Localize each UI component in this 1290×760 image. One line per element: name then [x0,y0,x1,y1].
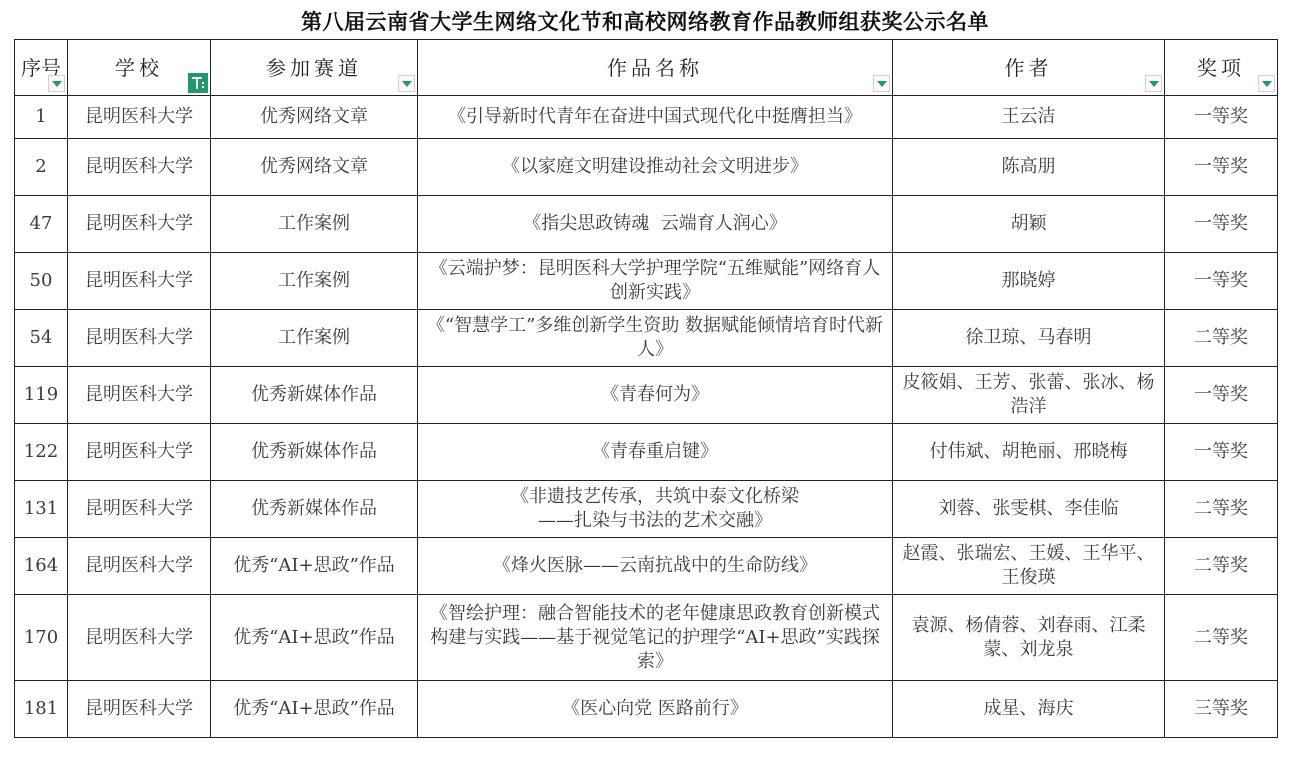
header-label: 作者 [1005,56,1053,80]
cell-work: 《烽火医脉——云南抗战中的生命防线》 [418,538,893,595]
column-header-author: 作者 [893,40,1165,96]
header-label: 作品名称 [607,56,703,80]
cell-school: 昆明医科大学 [68,367,211,424]
cell-school: 昆明医科大学 [68,96,211,139]
cell-author: 徐卫琼、马春明 [893,310,1165,367]
cell-school: 昆明医科大学 [68,595,211,681]
cell-award: 二等奖 [1165,481,1278,538]
cell-author: 付伟斌、胡艳丽、邢晓梅 [893,424,1165,481]
header-label: 奖项 [1197,56,1245,80]
dropdown-icon[interactable] [398,75,415,92]
cell-no: 119 [15,367,68,424]
cell-work: 《引导新时代青年在奋进中国式现代化中挺膺担当》 [418,96,893,139]
cell-work: 《云端护梦：昆明医科大学护理学院“五维赋能”网络育人创新实践》 [418,253,893,310]
cell-track: 优秀新媒体作品 [211,481,418,538]
table-row: 164 昆明医科大学 优秀“AI+思政”作品 《烽火医脉——云南抗战中的生命防线… [15,538,1278,595]
dropdown-icon[interactable] [873,75,890,92]
header-label: 参加赛道 [266,56,362,80]
column-header-track: 参加赛道 [211,40,418,96]
cell-work: 《“智慧学工”多维创新学生资助 数据赋能倾情培育时代新人》 [418,310,893,367]
cell-track: 优秀“AI+思政”作品 [211,595,418,681]
cell-school: 昆明医科大学 [68,139,211,196]
cell-author: 胡颖 [893,196,1165,253]
cell-award: 三等奖 [1165,681,1278,738]
column-header-work: 作品名称 [418,40,893,96]
cell-no: 47 [15,196,68,253]
cell-no: 170 [15,595,68,681]
cell-school: 昆明医科大学 [68,424,211,481]
cell-award: 二等奖 [1165,538,1278,595]
cell-school: 昆明医科大学 [68,253,211,310]
cell-award: 一等奖 [1165,96,1278,139]
cell-no: 2 [15,139,68,196]
table-row: 1 昆明医科大学 优秀网络文章 《引导新时代青年在奋进中国式现代化中挺膺担当》 … [15,96,1278,139]
cell-no: 164 [15,538,68,595]
cell-author: 陈高朋 [893,139,1165,196]
cell-no: 54 [15,310,68,367]
award-table: 序号 学校 参加赛道 作品名称 作者 奖项 [14,39,1278,738]
cell-award: 二等奖 [1165,595,1278,681]
cell-track: 优秀“AI+思政”作品 [211,681,418,738]
cell-author: 王云洁 [893,96,1165,139]
cell-school: 昆明医科大学 [68,481,211,538]
table-row: 54 昆明医科大学 工作案例 《“智慧学工”多维创新学生资助 数据赋能倾情培育时… [15,310,1278,367]
table-row: 2 昆明医科大学 优秀网络文章 《以家庭文明建设推动社会文明进步》 陈高朋 一等… [15,139,1278,196]
cell-award: 一等奖 [1165,139,1278,196]
cell-award: 一等奖 [1165,253,1278,310]
cell-school: 昆明医科大学 [68,681,211,738]
cell-track: 优秀“AI+思政”作品 [211,538,418,595]
dropdown-icon[interactable] [1258,75,1275,92]
cell-work: 《医心向党 医路前行》 [418,681,893,738]
cell-no: 181 [15,681,68,738]
cell-author: 成星、海庆 [893,681,1165,738]
table-row: 181 昆明医科大学 优秀“AI+思政”作品 《医心向党 医路前行》 成星、海庆… [15,681,1278,738]
cell-author: 袁源、杨倩蓉、刘春雨、江柔蒙、刘龙泉 [893,595,1165,681]
cell-work: 《智绘护理：融合智能技术的老年健康思政教育创新模式构建与实践——基于视觉笔记的护… [418,595,893,681]
table-row: 131 昆明医科大学 优秀新媒体作品 《非遗技艺传承，共筑中泰文化桥梁 ——扎染… [15,481,1278,538]
cell-track: 优秀新媒体作品 [211,424,418,481]
table-row: 47 昆明医科大学 工作案例 《指尖思政铸魂 云端育人润心》 胡颖 一等奖 [15,196,1278,253]
cell-no: 1 [15,96,68,139]
cell-track: 优秀网络文章 [211,139,418,196]
column-header-award: 奖项 [1165,40,1278,96]
column-header-school: 学校 [68,40,211,96]
cell-track: 工作案例 [211,310,418,367]
dropdown-icon[interactable] [48,75,65,92]
cell-author: 赵霞、张瑞宏、王媛、王华平、王俊瑛 [893,538,1165,595]
cell-author: 皮筱娟、王芳、张蕾、张冰、杨浩洋 [893,367,1165,424]
table-row: 170 昆明医科大学 优秀“AI+思政”作品 《智绘护理：融合智能技术的老年健康… [15,595,1278,681]
cell-award: 一等奖 [1165,424,1278,481]
cell-author: 刘蓉、张雯棋、李佳临 [893,481,1165,538]
page-title: 第八届云南省大学生网络文化节和高校网络教育作品教师组获奖公示名单 [0,6,1290,36]
filter-active-icon[interactable] [188,73,208,93]
dropdown-icon[interactable] [1145,75,1162,92]
cell-work: 《指尖思政铸魂 云端育人润心》 [418,196,893,253]
cell-work: 《非遗技艺传承，共筑中泰文化桥梁 ——扎染与书法的艺术交融》 [418,481,893,538]
cell-no: 50 [15,253,68,310]
column-header-no: 序号 [15,40,68,96]
table-row: 50 昆明医科大学 工作案例 《云端护梦：昆明医科大学护理学院“五维赋能”网络育… [15,253,1278,310]
cell-track: 优秀网络文章 [211,96,418,139]
cell-work: 《以家庭文明建设推动社会文明进步》 [418,139,893,196]
cell-no: 122 [15,424,68,481]
cell-award: 一等奖 [1165,196,1278,253]
cell-author: 那晓婷 [893,253,1165,310]
cell-award: 一等奖 [1165,367,1278,424]
header-row: 序号 学校 参加赛道 作品名称 作者 奖项 [15,40,1278,96]
cell-no: 131 [15,481,68,538]
cell-track: 工作案例 [211,253,418,310]
cell-track: 优秀新媒体作品 [211,367,418,424]
cell-school: 昆明医科大学 [68,310,211,367]
cell-award: 二等奖 [1165,310,1278,367]
cell-work: 《青春何为》 [418,367,893,424]
table-row: 122 昆明医科大学 优秀新媒体作品 《青春重启键》 付伟斌、胡艳丽、邢晓梅 一… [15,424,1278,481]
header-label: 学校 [115,56,163,80]
cell-school: 昆明医科大学 [68,196,211,253]
cell-work: 《青春重启键》 [418,424,893,481]
table-row: 119 昆明医科大学 优秀新媒体作品 《青春何为》 皮筱娟、王芳、张蕾、张冰、杨… [15,367,1278,424]
cell-school: 昆明医科大学 [68,538,211,595]
cell-track: 工作案例 [211,196,418,253]
